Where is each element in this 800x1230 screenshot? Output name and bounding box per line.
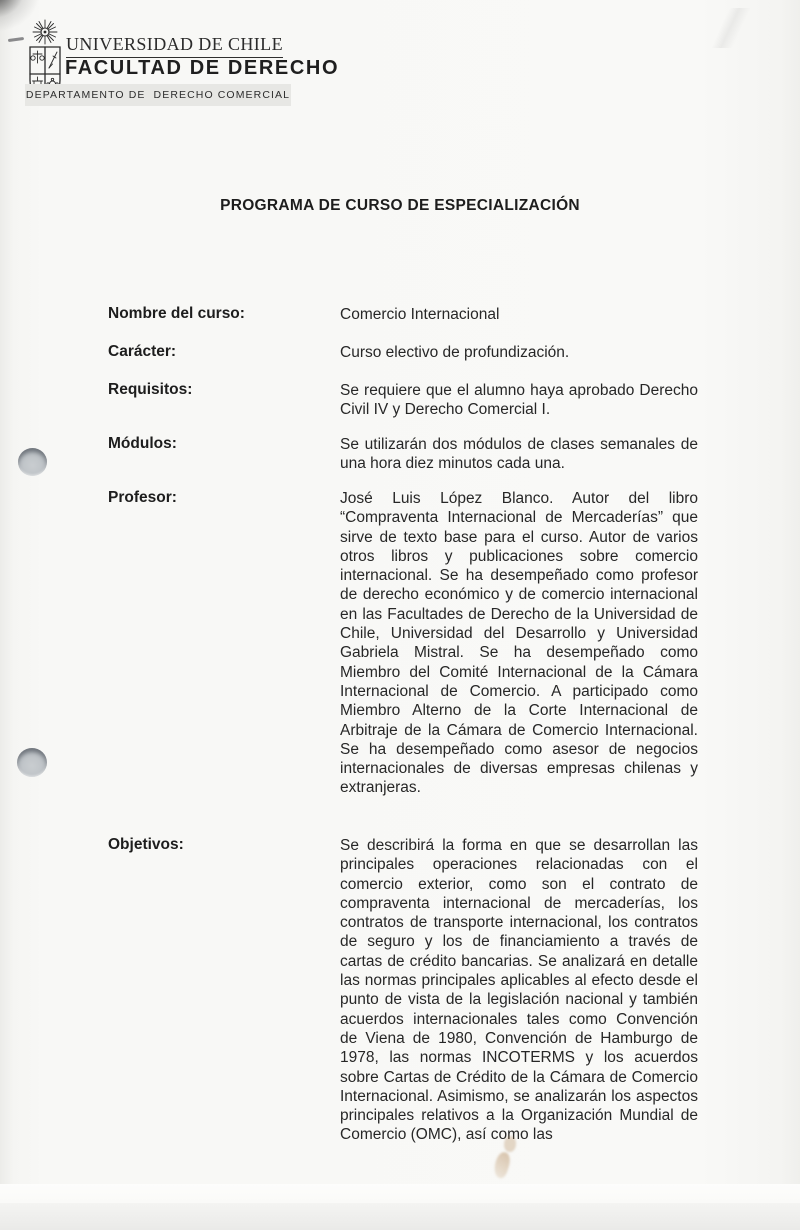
stain-mark	[492, 1136, 526, 1184]
document-title: PROGRAMA DE CURSO DE ESPECIALIZACIÓN	[0, 197, 800, 215]
stain-dot	[504, 1136, 516, 1152]
field-label-profesor: Profesor:	[108, 489, 177, 507]
document-page: UNIVERSIDAD DE CHILE FACULTAD DE DERECHO…	[0, 0, 800, 1230]
field-label-requisitos: Requisitos:	[108, 381, 192, 399]
university-name: UNIVERSIDAD DE CHILE	[66, 34, 283, 58]
hole-punch-bottom	[17, 748, 47, 777]
field-value-profesor: José Luis López Blanco. Autor del libro …	[340, 489, 698, 798]
field-value-objetivos: Se describirá la forma en que se desarro…	[340, 836, 698, 1145]
field-value-requisitos: Se requiere que el alumno haya aprobado …	[340, 381, 698, 420]
department-banner: DEPARTAMENTO DE DERECHO COMERCIAL	[25, 84, 291, 106]
scan-streak-artifact	[690, 8, 770, 48]
faculty-name: FACULTAD DE DERECHO	[65, 57, 339, 80]
scan-light-band	[0, 1184, 800, 1203]
field-value-nombre-del-curso: Comercio Internacional	[340, 305, 698, 324]
field-label-nombre-del-curso: Nombre del curso:	[108, 305, 245, 323]
field-label-caracter: Carácter:	[108, 343, 176, 361]
stain-streak	[491, 1150, 512, 1179]
scan-shade-band	[0, 1203, 800, 1230]
hole-punch-top	[18, 448, 47, 476]
field-label-modulos: Módulos:	[108, 435, 177, 453]
field-value-caracter: Curso electivo de profundización.	[340, 343, 698, 362]
field-value-modulos: Se utilizarán dos módulos de clases sema…	[340, 435, 698, 474]
field-label-objetivos: Objetivos:	[108, 836, 184, 854]
